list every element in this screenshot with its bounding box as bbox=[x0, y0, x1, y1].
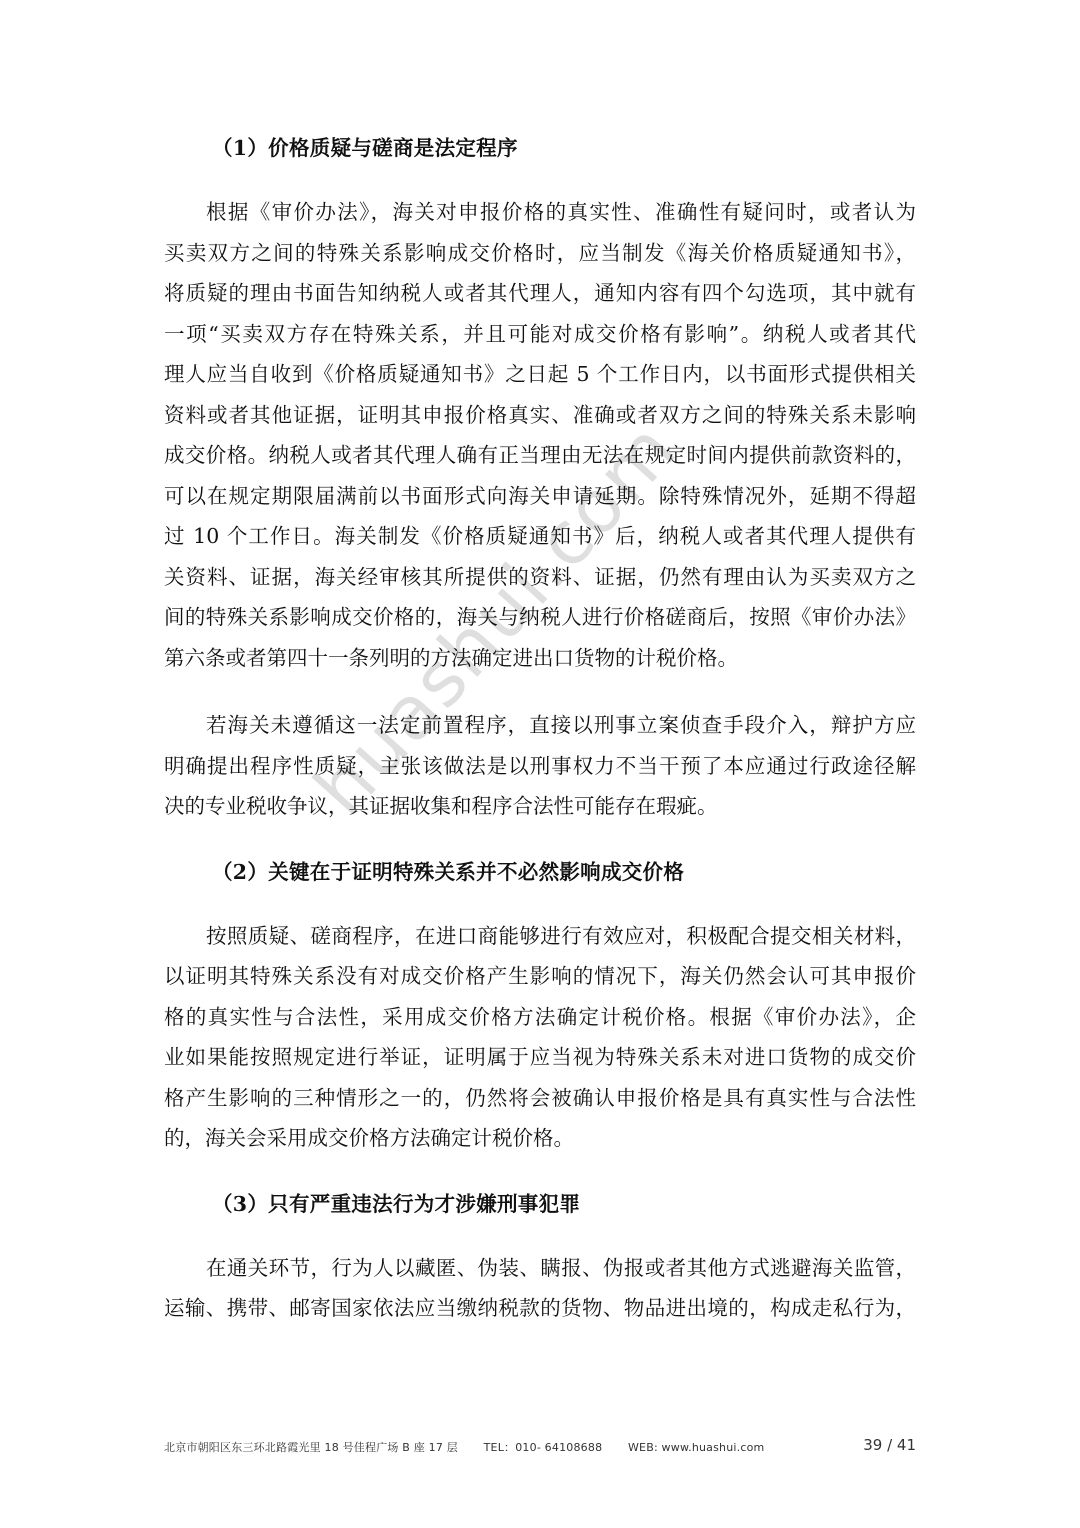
text-line: 格产生影响的三种情形之一的，仍然将会被确认申报价格是具有真实性与合法性 bbox=[164, 1078, 916, 1119]
page-number: 39 / 41 bbox=[863, 1436, 916, 1454]
text-line: 可以在规定期限届满前以书面形式向海关申请延期。除特殊情况外，延期不得超 bbox=[164, 476, 916, 517]
footer-web: WEB: www.huashui.com bbox=[628, 1441, 764, 1454]
text-line: 业如果能按照规定进行举证，证明属于应当视为特殊关系未对进口货物的成交价 bbox=[164, 1037, 916, 1078]
text-line: 成交价格。纳税人或者其代理人确有正当理由无法在规定时间内提供前款资料的， bbox=[164, 435, 916, 476]
text-line: 将质疑的理由书面告知纳税人或者其代理人，通知内容有四个勾选项，其中就有 bbox=[164, 273, 916, 314]
section-heading-1: （1）价格质疑与磋商是法定程序 bbox=[164, 130, 916, 166]
paragraph: 若海关未遵循这一法定前置程序，直接以刑事立案侦查手段介入，辩护方应 明确提出程序… bbox=[164, 705, 916, 827]
text-line: 若海关未遵循这一法定前置程序，直接以刑事立案侦查手段介入，辩护方应 bbox=[164, 705, 916, 746]
page-content: （1）价格质疑与磋商是法定程序 根据《审价办法》，海关对申报价格的真实性、准确性… bbox=[164, 130, 916, 1356]
paragraph: 按照质疑、磋商程序，在进口商能够进行有效应对，积极配合提交相关材料， 以证明其特… bbox=[164, 916, 916, 1159]
section-heading-2: （2）关键在于证明特殊关系并不必然影响成交价格 bbox=[164, 854, 916, 890]
text-line: 理人应当自收到《价格质疑通知书》之日起 5 个工作日内，以书面形式提供相关 bbox=[164, 354, 916, 395]
text-line: 买卖双方之间的特殊关系影响成交价格时，应当制发《海关价格质疑通知书》， bbox=[164, 233, 916, 274]
document-page: huashui.com （1）价格质疑与磋商是法定程序 根据《审价办法》，海关对… bbox=[0, 0, 1080, 1528]
text-line: 明确提出程序性质疑，主张该做法是以刑事权力不当干预了本应通过行政途径解 bbox=[164, 746, 916, 787]
text-line: 格的真实性与合法性，采用成交价格方法确定计税价格。根据《审价办法》，企 bbox=[164, 997, 916, 1038]
text-line: 在通关环节，行为人以藏匿、伪装、瞒报、伪报或者其他方式逃避海关监管， bbox=[164, 1248, 916, 1289]
text-line: 决的专业税收争议，其证据收集和程序合法性可能存在瑕疵。 bbox=[164, 786, 916, 827]
paragraph: 在通关环节，行为人以藏匿、伪装、瞒报、伪报或者其他方式逃避海关监管， 运输、携带… bbox=[164, 1248, 916, 1329]
text-line: 以证明其特殊关系没有对成交价格产生影响的情况下，海关仍然会认可其申报价 bbox=[164, 956, 916, 997]
section-heading-3: （3）只有严重违法行为才涉嫌刑事犯罪 bbox=[164, 1186, 916, 1222]
text-line: 过 10 个工作日。海关制发《价格质疑通知书》后，纳税人或者其代理人提供有 bbox=[164, 516, 916, 557]
text-line: 第六条或者第四十一条列明的方法确定进出口货物的计税价格。 bbox=[164, 638, 916, 679]
text-line: 按照质疑、磋商程序，在进口商能够进行有效应对，积极配合提交相关材料， bbox=[164, 916, 916, 957]
text-line: 间的特殊关系影响成交价格的，海关与纳税人进行价格磋商后，按照《审价办法》 bbox=[164, 597, 916, 638]
text-line: 运输、携带、邮寄国家依法应当缴纳税款的货物、物品进出境的，构成走私行为， bbox=[164, 1288, 916, 1329]
footer-tel: TEL：010- 64108688 bbox=[484, 1441, 603, 1454]
footer-contact: 北京市朝阳区东三环北路霞光里 18 号佳程广场 B 座 17 层 TEL：010… bbox=[164, 1439, 786, 1455]
text-line: 根据《审价办法》，海关对申报价格的真实性、准确性有疑问时，或者认为 bbox=[164, 192, 916, 233]
page-footer: 北京市朝阳区东三环北路霞光里 18 号佳程广场 B 座 17 层 TEL：010… bbox=[164, 1436, 916, 1460]
text-line: 资料或者其他证据，证明其申报价格真实、准确或者双方之间的特殊关系未影响 bbox=[164, 395, 916, 436]
text-line: 关资料、证据，海关经审核其所提供的资料、证据，仍然有理由认为买卖双方之 bbox=[164, 557, 916, 598]
paragraph: 根据《审价办法》，海关对申报价格的真实性、准确性有疑问时，或者认为 买卖双方之间… bbox=[164, 192, 916, 678]
footer-address: 北京市朝阳区东三环北路霞光里 18 号佳程广场 B 座 17 层 bbox=[164, 1441, 458, 1454]
text-line: 的，海关会采用成交价格方法确定计税价格。 bbox=[164, 1118, 916, 1159]
text-line: 一项“买卖双方存在特殊关系，并且可能对成交价格有影响”。纳税人或者其代 bbox=[164, 314, 916, 355]
